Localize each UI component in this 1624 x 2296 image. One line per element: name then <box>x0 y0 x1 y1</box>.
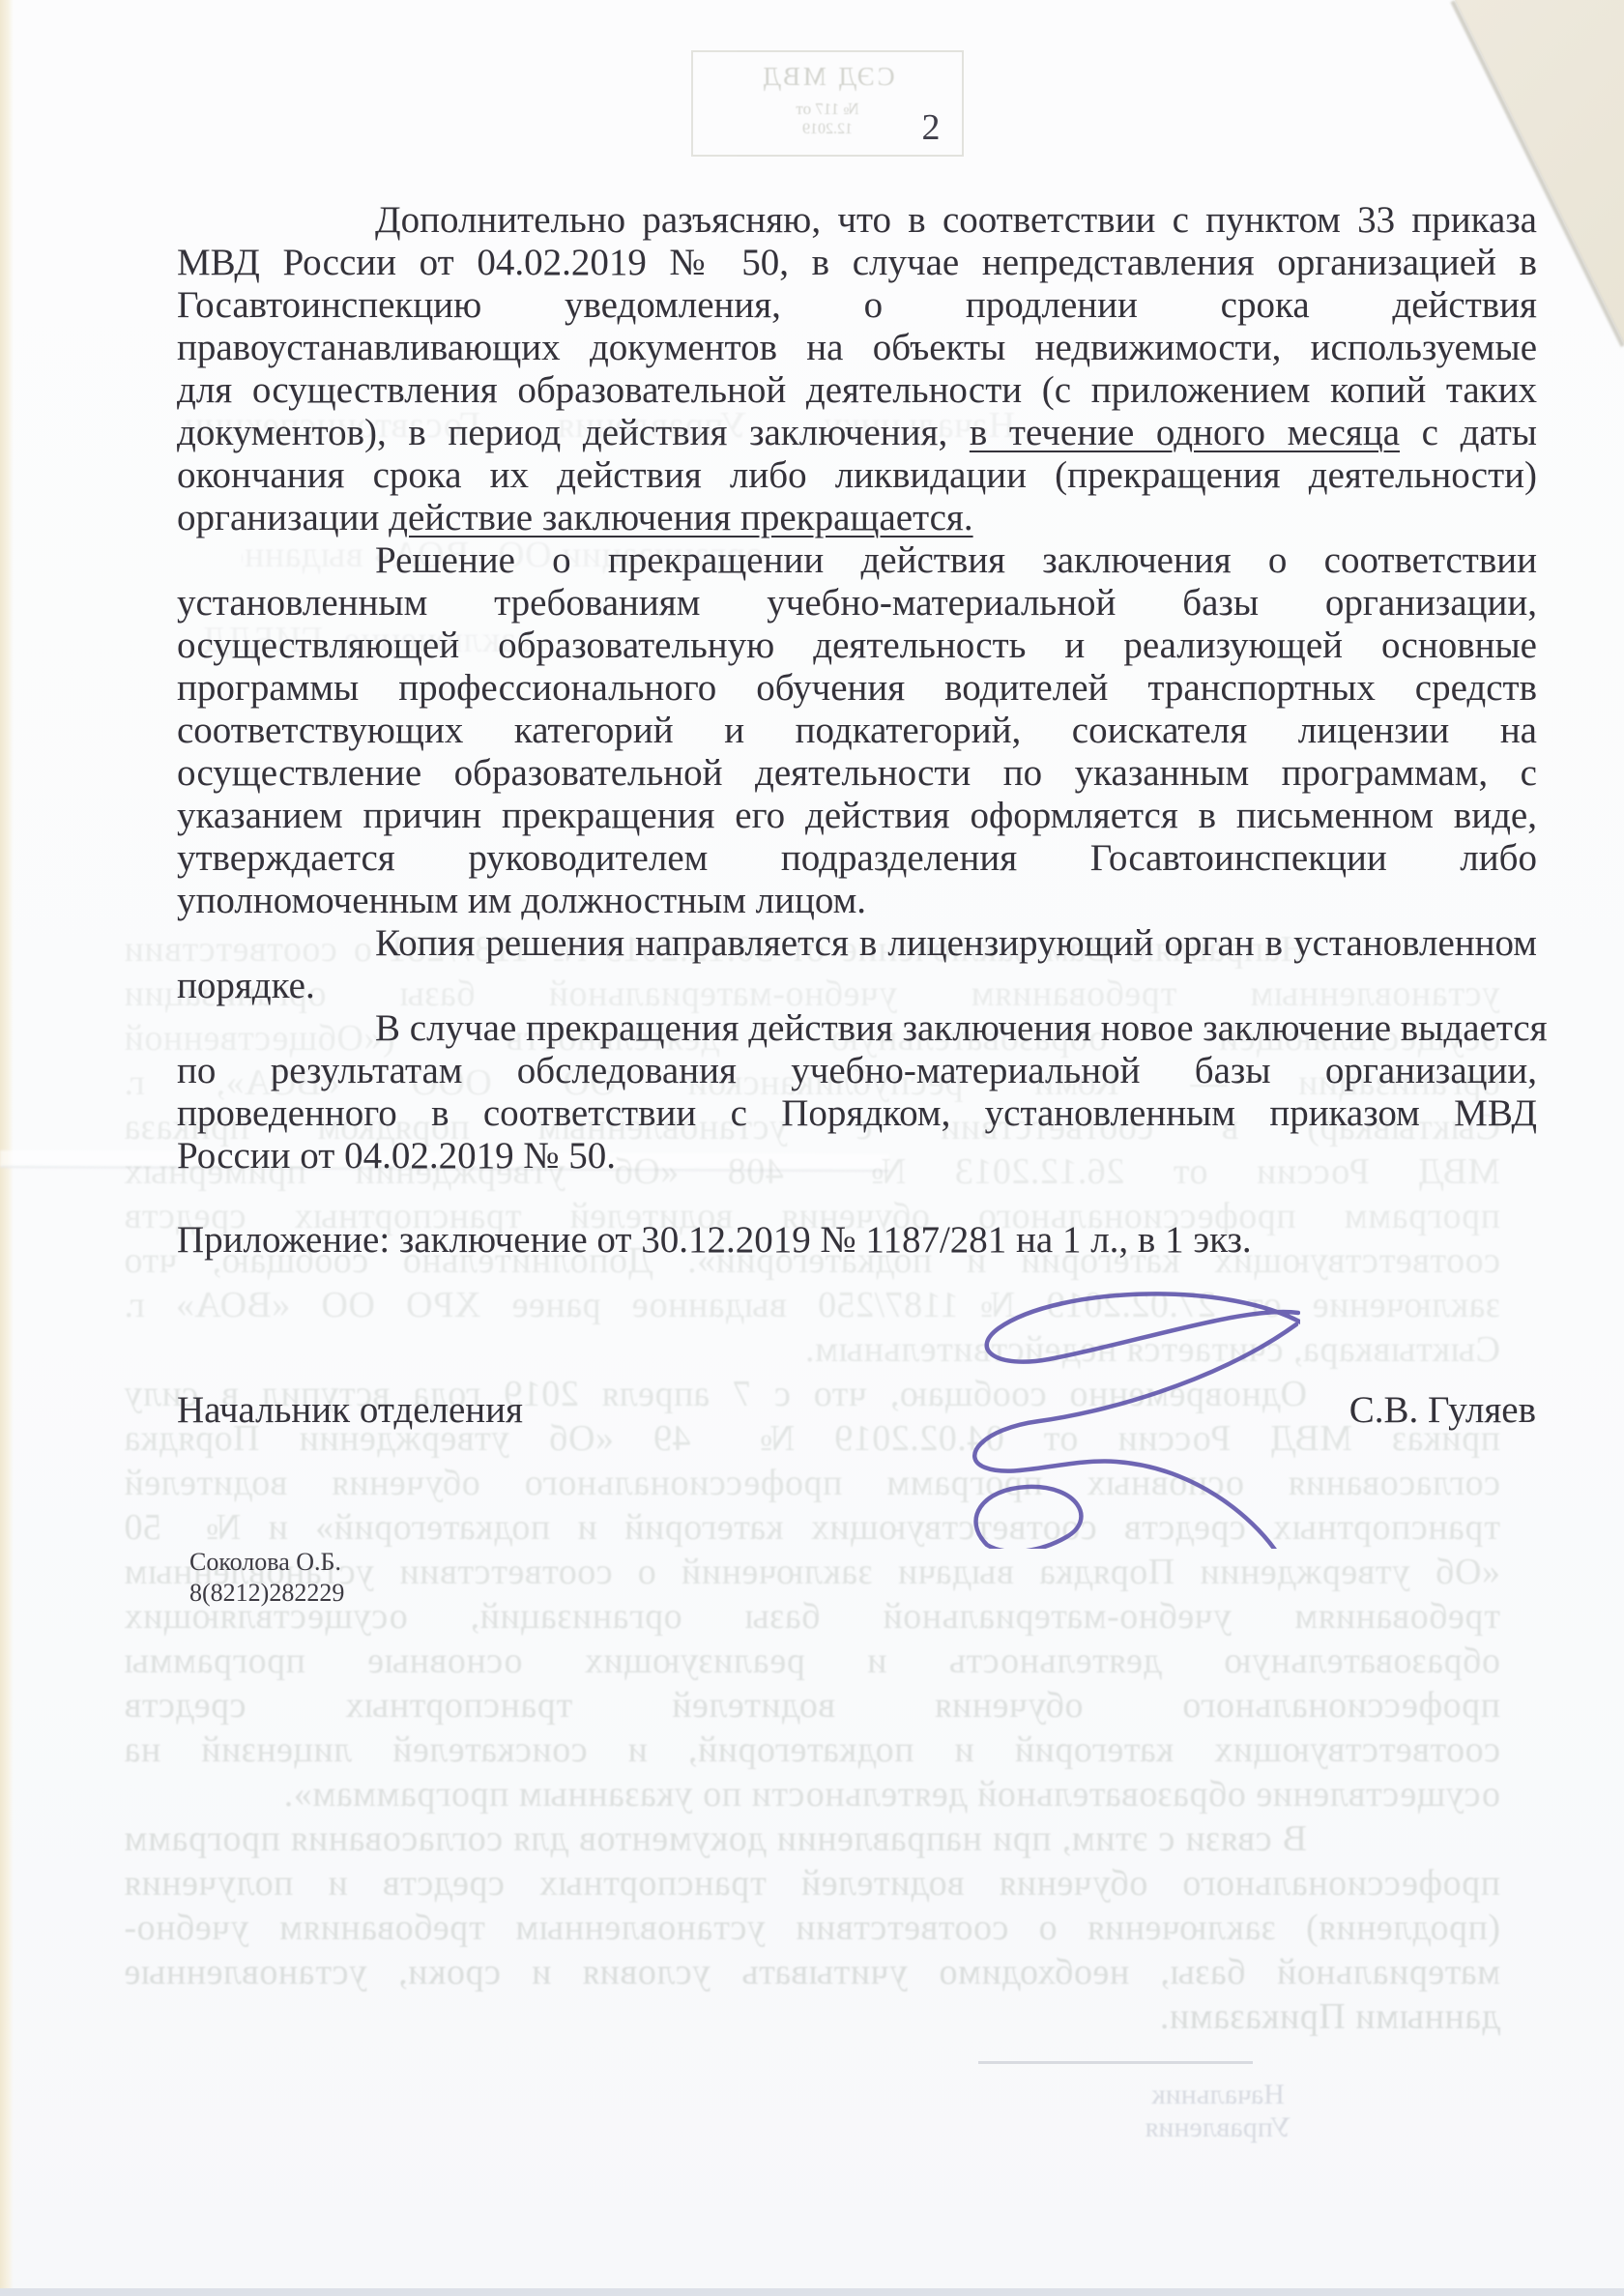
letter-line: Дополнительно разъясняю, что в соответст… <box>177 199 1537 242</box>
letter-line: для осуществления образовательной деятел… <box>177 369 1537 412</box>
letter-line: Госавтоинспекцию уведомления, о продлени… <box>177 284 1537 327</box>
bleedthrough-line: осуществление образовательной деятельнос… <box>124 1773 1500 1816</box>
executor-name: Соколова О.Б. <box>189 1547 344 1578</box>
scan-edge-bottom <box>0 2288 1624 2296</box>
bleedthrough-line: профессионального обучения водителей тра… <box>124 1862 1500 1904</box>
bleedthrough-line: данными Приказами. <box>124 1995 1500 2038</box>
letter-body: Дополнительно разъясняю, что в соответст… <box>177 199 1537 1177</box>
signer-position: Начальник отделения <box>177 1388 523 1432</box>
letter-line: России от 04.02.2019 № 50. <box>177 1135 1537 1177</box>
letter-line: проведенного в соответствии с Порядком, … <box>177 1092 1537 1135</box>
bleedthrough-line: В связи с этим, при направлении документ… <box>124 1817 1500 1860</box>
letter-line: окончания срока их действия либо ликвида… <box>177 454 1537 497</box>
bleedthrough-line: профессионального обучения водителей тра… <box>124 1684 1500 1727</box>
letter-line: соответствующих категорий и подкатегорий… <box>177 710 1537 752</box>
signer-name: С.В. Гуляев <box>1349 1388 1536 1432</box>
attachment-line: Приложение: заключение от 30.12.2019 № 1… <box>177 1218 1252 1262</box>
bleedthrough-horizontal-line <box>978 2061 1253 2064</box>
bleedthrough-line: соответствующих категорий и подкатегорий… <box>124 1729 1500 1771</box>
letter-line: осуществление образовательной деятельнос… <box>177 752 1537 795</box>
scan-edge-left <box>0 0 14 2296</box>
letter-line: установленным требованиям учебно-материа… <box>177 582 1537 625</box>
signature-row: Начальник отделения С.В. Гуляев <box>177 1388 1536 1432</box>
letter-line: по результатам обследования учебно-матер… <box>177 1050 1537 1092</box>
letter-line: организации действие заключения прекраща… <box>177 497 1537 539</box>
letter-line: осуществляющей образовательную деятельно… <box>177 625 1537 667</box>
stamp-line: СЭД МВД <box>693 62 962 92</box>
letter-line: документов), в период действия заключени… <box>177 412 1537 454</box>
letter-line: Копия решения направляется в лицензирующ… <box>177 922 1537 965</box>
page-number: 2 <box>897 106 965 149</box>
bleedthrough-line: (продления) заключения о соответствии ус… <box>124 1906 1500 1949</box>
bleedthrough-line: образовательную деятельность и реализующ… <box>124 1640 1500 1682</box>
letter-line: правоустанавливающих документов на объек… <box>177 327 1537 369</box>
executor-block: Соколова О.Б. 8(8212)282229 <box>189 1547 344 1609</box>
letter-line: Решение о прекращении действия заключени… <box>177 539 1537 582</box>
letter-line: порядке. <box>177 965 1537 1007</box>
letter-line: МВД России от 04.02.2019 № 50, в случае … <box>177 242 1537 284</box>
letter-line: уполномоченным им должностным лицом. <box>177 880 1537 922</box>
letter-line: указанием причин прекращения его действи… <box>177 795 1537 837</box>
executor-phone: 8(8212)282229 <box>189 1578 344 1609</box>
letter-line: программы профессионального обучения вод… <box>177 667 1537 710</box>
scanned-page: СЭД МВД № 117 от 12.2019 2 Начальнику Уп… <box>0 0 1624 2296</box>
bleedthrough-footer-text: Начальник Управления <box>1081 2078 1355 2144</box>
bleedthrough-line: материальной базы, необходимо учитывать … <box>124 1951 1500 1993</box>
letter-line: В случае прекращения действия заключения… <box>177 1007 1537 1050</box>
letter-line: утверждается руководителем подразделения… <box>177 837 1537 880</box>
